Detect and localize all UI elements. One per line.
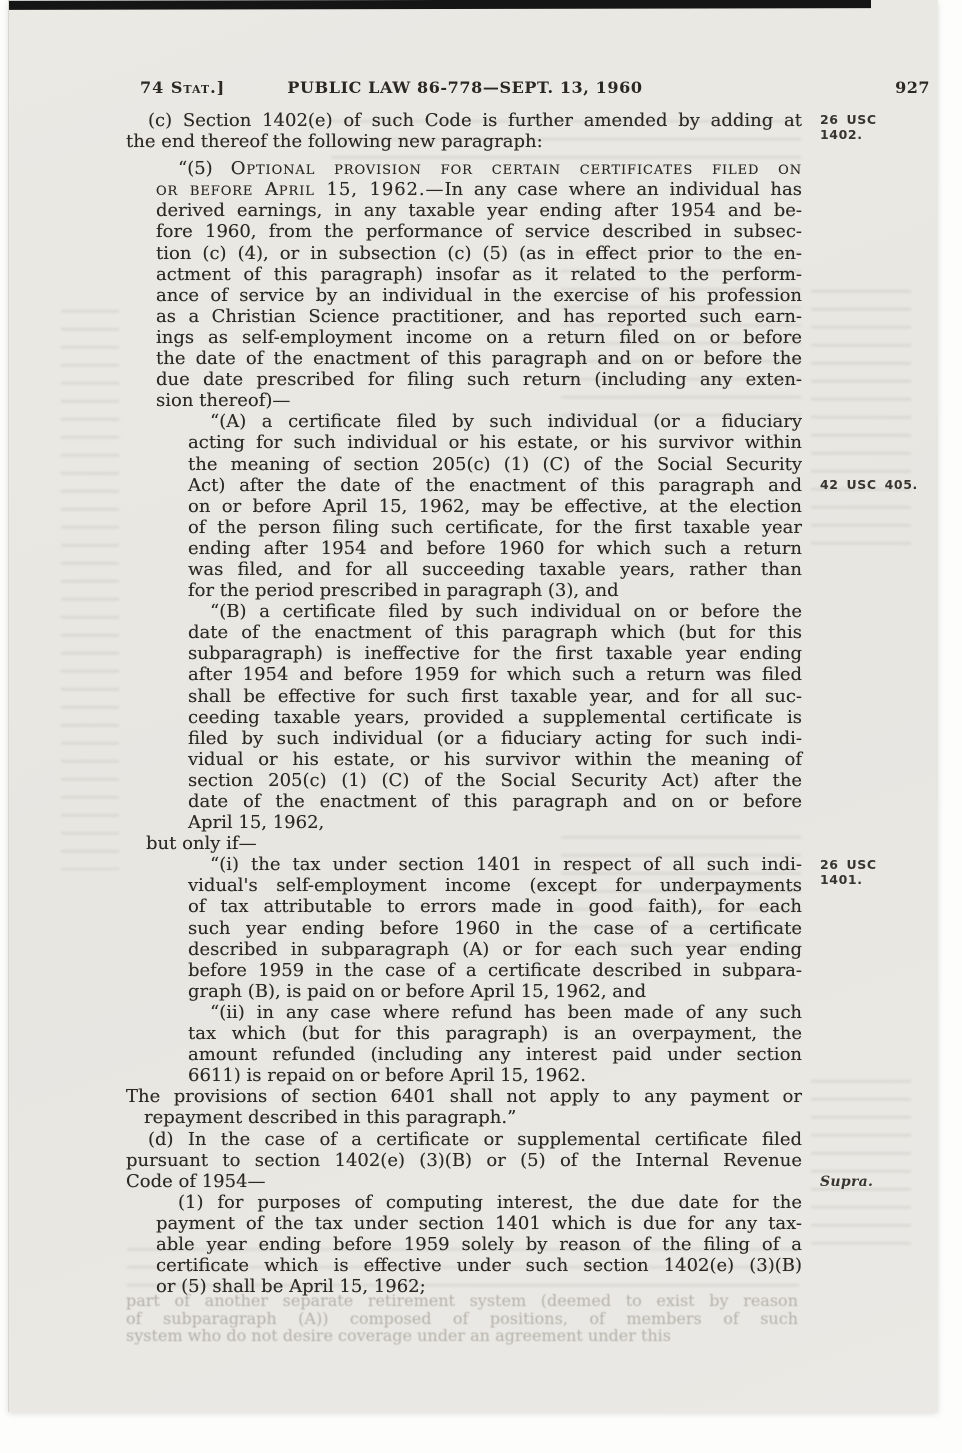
text-line: but only if— <box>126 833 802 854</box>
text-line: date of the enactment of this paragraph … <box>126 791 802 812</box>
stat-volume-label: 74 Stat.] <box>140 78 225 97</box>
text-line: after 1954 and before 1959 for which suc… <box>126 664 802 685</box>
text-line: part of another separate retirement syst… <box>126 1292 798 1310</box>
text-line: (1) for purposes of computing interest, … <box>126 1192 802 1213</box>
text-line: amount refunded (including any interest … <box>126 1044 802 1065</box>
bleedthrough-text: part of another separate retirement syst… <box>126 1292 798 1345</box>
page-number: 927 <box>895 78 930 97</box>
clause-i: “(i) the tax under section 1401 in respe… <box>126 854 802 1002</box>
text-line: ending after 1954 and before 1960 for wh… <box>126 538 802 559</box>
text-line: ings as self-employment income on a retu… <box>126 327 802 348</box>
text-line: graph (B), is paid on or before April 15… <box>126 981 802 1002</box>
text-line: “(B) a certificate filed by such individ… <box>126 601 802 622</box>
text-line: filed by such individual (or a fiduciary… <box>126 728 802 749</box>
text-line: ance of service by an individual in the … <box>126 285 802 306</box>
text-line: vidual's self-employment income (except … <box>126 875 802 896</box>
text-line: as a Christian Science practitioner, and… <box>126 306 802 327</box>
running-head: 74 Stat.] PUBLIC LAW 86-778—SEPT. 13, 19… <box>0 78 962 104</box>
text-line: sion thereof)— <box>126 390 802 411</box>
text-line: on or before April 15, 1962, may be effe… <box>126 496 802 517</box>
text-line: described in subparagraph (A) or for eac… <box>126 939 802 960</box>
text-column: (c) Section 1402(e) of such Code is furt… <box>126 110 802 1297</box>
text-line: tax which (but for this paragraph) is an… <box>126 1023 802 1044</box>
text-line: Act) after the date of the enactment of … <box>126 475 802 496</box>
text-line: before 1959 in the case of a certificate… <box>126 960 802 981</box>
text-line: of tax attributable to errors made in go… <box>126 896 802 917</box>
text-line: of subparagraph (A)) composed of positio… <box>126 1310 798 1328</box>
text-line: such year ending before 1960 in the case… <box>126 918 802 939</box>
text-line: actment of this paragraph) insofar as it… <box>126 264 802 285</box>
bleedthrough-smudge <box>811 290 911 560</box>
text-line: due date prescribed for filing such retu… <box>126 369 802 390</box>
paragraph-d-1: (1) for purposes of computing interest, … <box>126 1192 802 1297</box>
text-line: Code of 1954— <box>126 1171 802 1192</box>
text-line: “(5) Optional provision for certain cert… <box>126 158 802 179</box>
text-line: the end thereof the following new paragr… <box>126 131 802 152</box>
text-line: the date of the enactment of this paragr… <box>126 348 802 369</box>
bleedthrough-smudge <box>811 1080 911 1250</box>
page-title: PUBLIC LAW 86-778—SEPT. 13, 1960 <box>231 78 699 97</box>
text-line: “(ii) in any case where refund has been … <box>126 1002 802 1023</box>
margin-note-26-usc-1402: 26 USC 1402. <box>820 112 920 142</box>
text-line: section 205(c) (1) (C) of the Social Sec… <box>126 770 802 791</box>
text-line: fore 1960, from the performance of servi… <box>126 221 802 242</box>
scan-top-edge <box>9 0 871 10</box>
text-line: (d) In the case of a certificate or supp… <box>126 1129 802 1150</box>
text-line: was filed, and for all succeeding taxabl… <box>126 559 802 580</box>
text-line: (c) Section 1402(e) of such Code is furt… <box>126 110 802 131</box>
text-line: acting for such individual or his estate… <box>126 432 802 453</box>
text-line: The provisions of section 6401 shall not… <box>126 1086 802 1107</box>
text-line: of the person filing such certificate, f… <box>126 517 802 538</box>
text-line: vidual or his estate, or his survivor wi… <box>126 749 802 770</box>
but-only-if-clause: but only if— <box>126 833 802 854</box>
subparagraph-a: “(A) a certificate filed by such individ… <box>126 411 802 601</box>
scanned-statute-page: { "colors": { "page_bg": "#e9e7e2", "out… <box>0 0 962 1453</box>
text-line: or before April 15, 1962.—In any case wh… <box>126 179 802 200</box>
text-line: subparagraph) is ineffective for the fir… <box>126 643 802 664</box>
text-line: system who do not desire coverage under … <box>126 1327 798 1345</box>
text-line: “(i) the tax under section 1401 in respe… <box>126 854 802 875</box>
margin-note-42-usc-405: 42 USC 405. <box>820 477 920 492</box>
subparagraph-b: “(B) a certificate filed by such individ… <box>126 601 802 833</box>
text-line: “(A) a certificate filed by such individ… <box>126 411 802 432</box>
provisions-sentence: The provisions of section 6401 shall not… <box>126 1086 802 1128</box>
margin-note-supra: Supra. <box>820 1174 920 1190</box>
paragraph-d: (d) In the case of a certificate or supp… <box>126 1129 802 1192</box>
text-line: 6611) is repaid on or before April 15, 1… <box>126 1065 802 1086</box>
text-line: repayment described in this paragraph.” <box>126 1107 802 1128</box>
paragraph-5-optional-provision: “(5) Optional provision for certain cert… <box>126 158 802 411</box>
text-line: the meaning of section 205(c) (1) (C) of… <box>126 454 802 475</box>
text-line: shall be effective for such first taxabl… <box>126 686 802 707</box>
text-line: certificate which is effective under suc… <box>126 1255 802 1276</box>
text-line: derived earnings, in any taxable year en… <box>126 200 802 221</box>
text-line: ceeding taxable years, provided a supple… <box>126 707 802 728</box>
margin-note-26-usc-1401: 26 USC 1401. <box>820 857 920 887</box>
text-line: for the period prescribed in paragraph (… <box>126 580 802 601</box>
text-line: tion (c) (4), or in subsection (c) (5) (… <box>126 243 802 264</box>
text-line: pursuant to section 1402(e) (3)(B) or (5… <box>126 1150 802 1171</box>
bleedthrough-smudge <box>61 310 119 870</box>
text-line: date of the enactment of this paragraph … <box>126 622 802 643</box>
clause-ii: “(ii) in any case where refund has been … <box>126 1002 802 1086</box>
text-line: April 15, 1962, <box>126 812 802 833</box>
text-line: payment of the tax under section 1401 wh… <box>126 1213 802 1234</box>
text-line: able year ending before 1959 solely by r… <box>126 1234 802 1255</box>
paragraph-c: (c) Section 1402(e) of such Code is furt… <box>126 110 802 152</box>
